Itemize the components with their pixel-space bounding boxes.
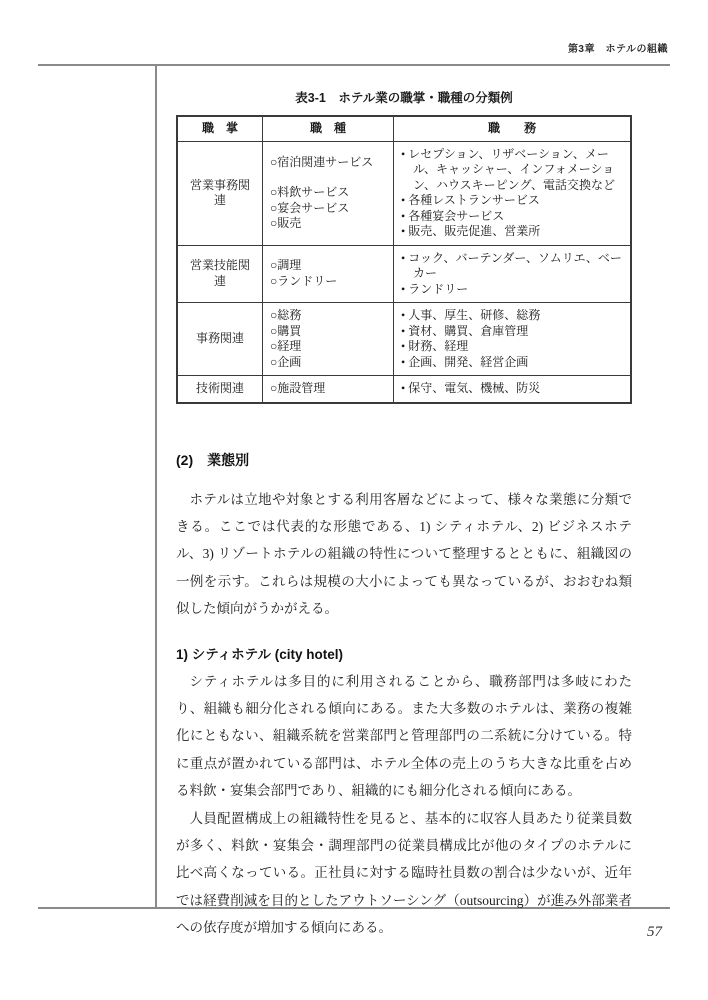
cell-duties: コック、バーテンダー、ソムリエ、ベーカーランドリー (394, 245, 632, 303)
book-page: 第3章 ホテルの組織 表3-1 ホテル業の職掌・職種の分類例 職 掌 職 種 職… (0, 0, 708, 1000)
duty-item: 資材、購買、倉庫管理 (401, 324, 623, 340)
section-intro-paragraph: ホテルは立地や対象とする利用客層などによって、様々な業態に分類できる。ここでは代… (176, 486, 632, 623)
job-type-item: ○宿泊関連サービス (270, 155, 386, 171)
job-type-item: ○総務 (270, 308, 386, 324)
header-rule (38, 64, 670, 66)
cell-category: 事務関連 (177, 303, 263, 376)
job-type-item: ○販売 (270, 216, 386, 232)
table-row: 技術関連○施設管理保守、電気、機械、防災 (177, 376, 631, 403)
duty-item: レセプション、リザベーション、メール、キャッシャー、インフォメーション、ハウスキ… (401, 147, 623, 194)
job-type-item: ○購買 (270, 324, 386, 340)
cell-job-types: ○総務○購買○経理○企画 (263, 303, 394, 376)
table-row: 営業技能関連○調理○ランドリーコック、バーテンダー、ソムリエ、ベーカーランドリー (177, 245, 631, 303)
table-header-row: 職 掌 職 種 職 務 (177, 116, 631, 141)
classification-table: 職 掌 職 種 職 務 営業事務関連○宿泊関連サービス○料飲サービス○宴会サービ… (176, 115, 632, 404)
duty-item: 企画、開発、経営企画 (401, 355, 623, 371)
body-paragraph: シティホテルは多目的に利用されることから、職務部門は多岐にわたり、組織も細分化さ… (176, 668, 632, 805)
duty-item: ランドリー (401, 282, 623, 298)
section-heading: (2) 業態別 (176, 450, 632, 470)
job-type-item: ○施設管理 (270, 381, 386, 397)
cell-category: 営業事務関連 (177, 141, 263, 245)
table-caption: 表3-1 ホテル業の職掌・職種の分類例 (176, 88, 632, 106)
cell-job-types: ○調理○ランドリー (263, 245, 394, 303)
duty-item: 保守、電気、機械、防災 (401, 381, 623, 397)
cell-category: 営業技能関連 (177, 245, 263, 303)
body-paragraph: 人員配置構成上の組織特性を見ると、基本的に収容人員あたり従業員数が多く、料飲・宴… (176, 805, 632, 942)
column-header-duties: 職 務 (394, 116, 632, 141)
content-column: 表3-1 ホテル業の職掌・職種の分類例 職 掌 職 種 職 務 営業事務関連○宿… (176, 88, 632, 942)
duty-item: 各種宴会サービス (401, 209, 623, 225)
margin-rule (155, 64, 157, 909)
duty-item: コック、バーテンダー、ソムリエ、ベーカー (401, 251, 623, 282)
duty-item: 各種レストランサービス (401, 193, 623, 209)
duty-item: 人事、厚生、研修、総務 (401, 308, 623, 324)
running-header: 第3章 ホテルの組織 (568, 40, 668, 55)
cell-category: 技術関連 (177, 376, 263, 403)
cell-duties: 人事、厚生、研修、総務資材、購買、倉庫管理財務、経理企画、開発、経営企画 (394, 303, 632, 376)
column-header-category: 職 掌 (177, 116, 263, 141)
cell-duties: レセプション、リザベーション、メール、キャッシャー、インフォメーション、ハウスキ… (394, 141, 632, 245)
table-body: 営業事務関連○宿泊関連サービス○料飲サービス○宴会サービス○販売レセプション、リ… (177, 141, 631, 403)
job-type-item: ○料飲サービス (270, 185, 386, 201)
duty-item: 財務、経理 (401, 339, 623, 355)
cell-job-types: ○施設管理 (263, 376, 394, 403)
column-header-job-type: 職 種 (263, 116, 394, 141)
subsection-heading: 1) シティホテル (city hotel) (176, 643, 632, 663)
duty-item: 販売、販売促進、営業所 (401, 224, 623, 240)
table-row: 営業事務関連○宿泊関連サービス○料飲サービス○宴会サービス○販売レセプション、リ… (177, 141, 631, 245)
job-type-item: ○ランドリー (270, 274, 386, 290)
job-type-item: ○経理 (270, 339, 386, 355)
cell-duties: 保守、電気、機械、防災 (394, 376, 632, 403)
job-type-item: ○調理 (270, 258, 386, 274)
cell-job-types: ○宿泊関連サービス○料飲サービス○宴会サービス○販売 (263, 141, 394, 245)
job-type-item: ○企画 (270, 355, 386, 371)
page-number: 57 (647, 924, 662, 941)
job-type-item: ○宴会サービス (270, 201, 386, 217)
table-row: 事務関連○総務○購買○経理○企画人事、厚生、研修、総務資材、購買、倉庫管理財務、… (177, 303, 631, 376)
